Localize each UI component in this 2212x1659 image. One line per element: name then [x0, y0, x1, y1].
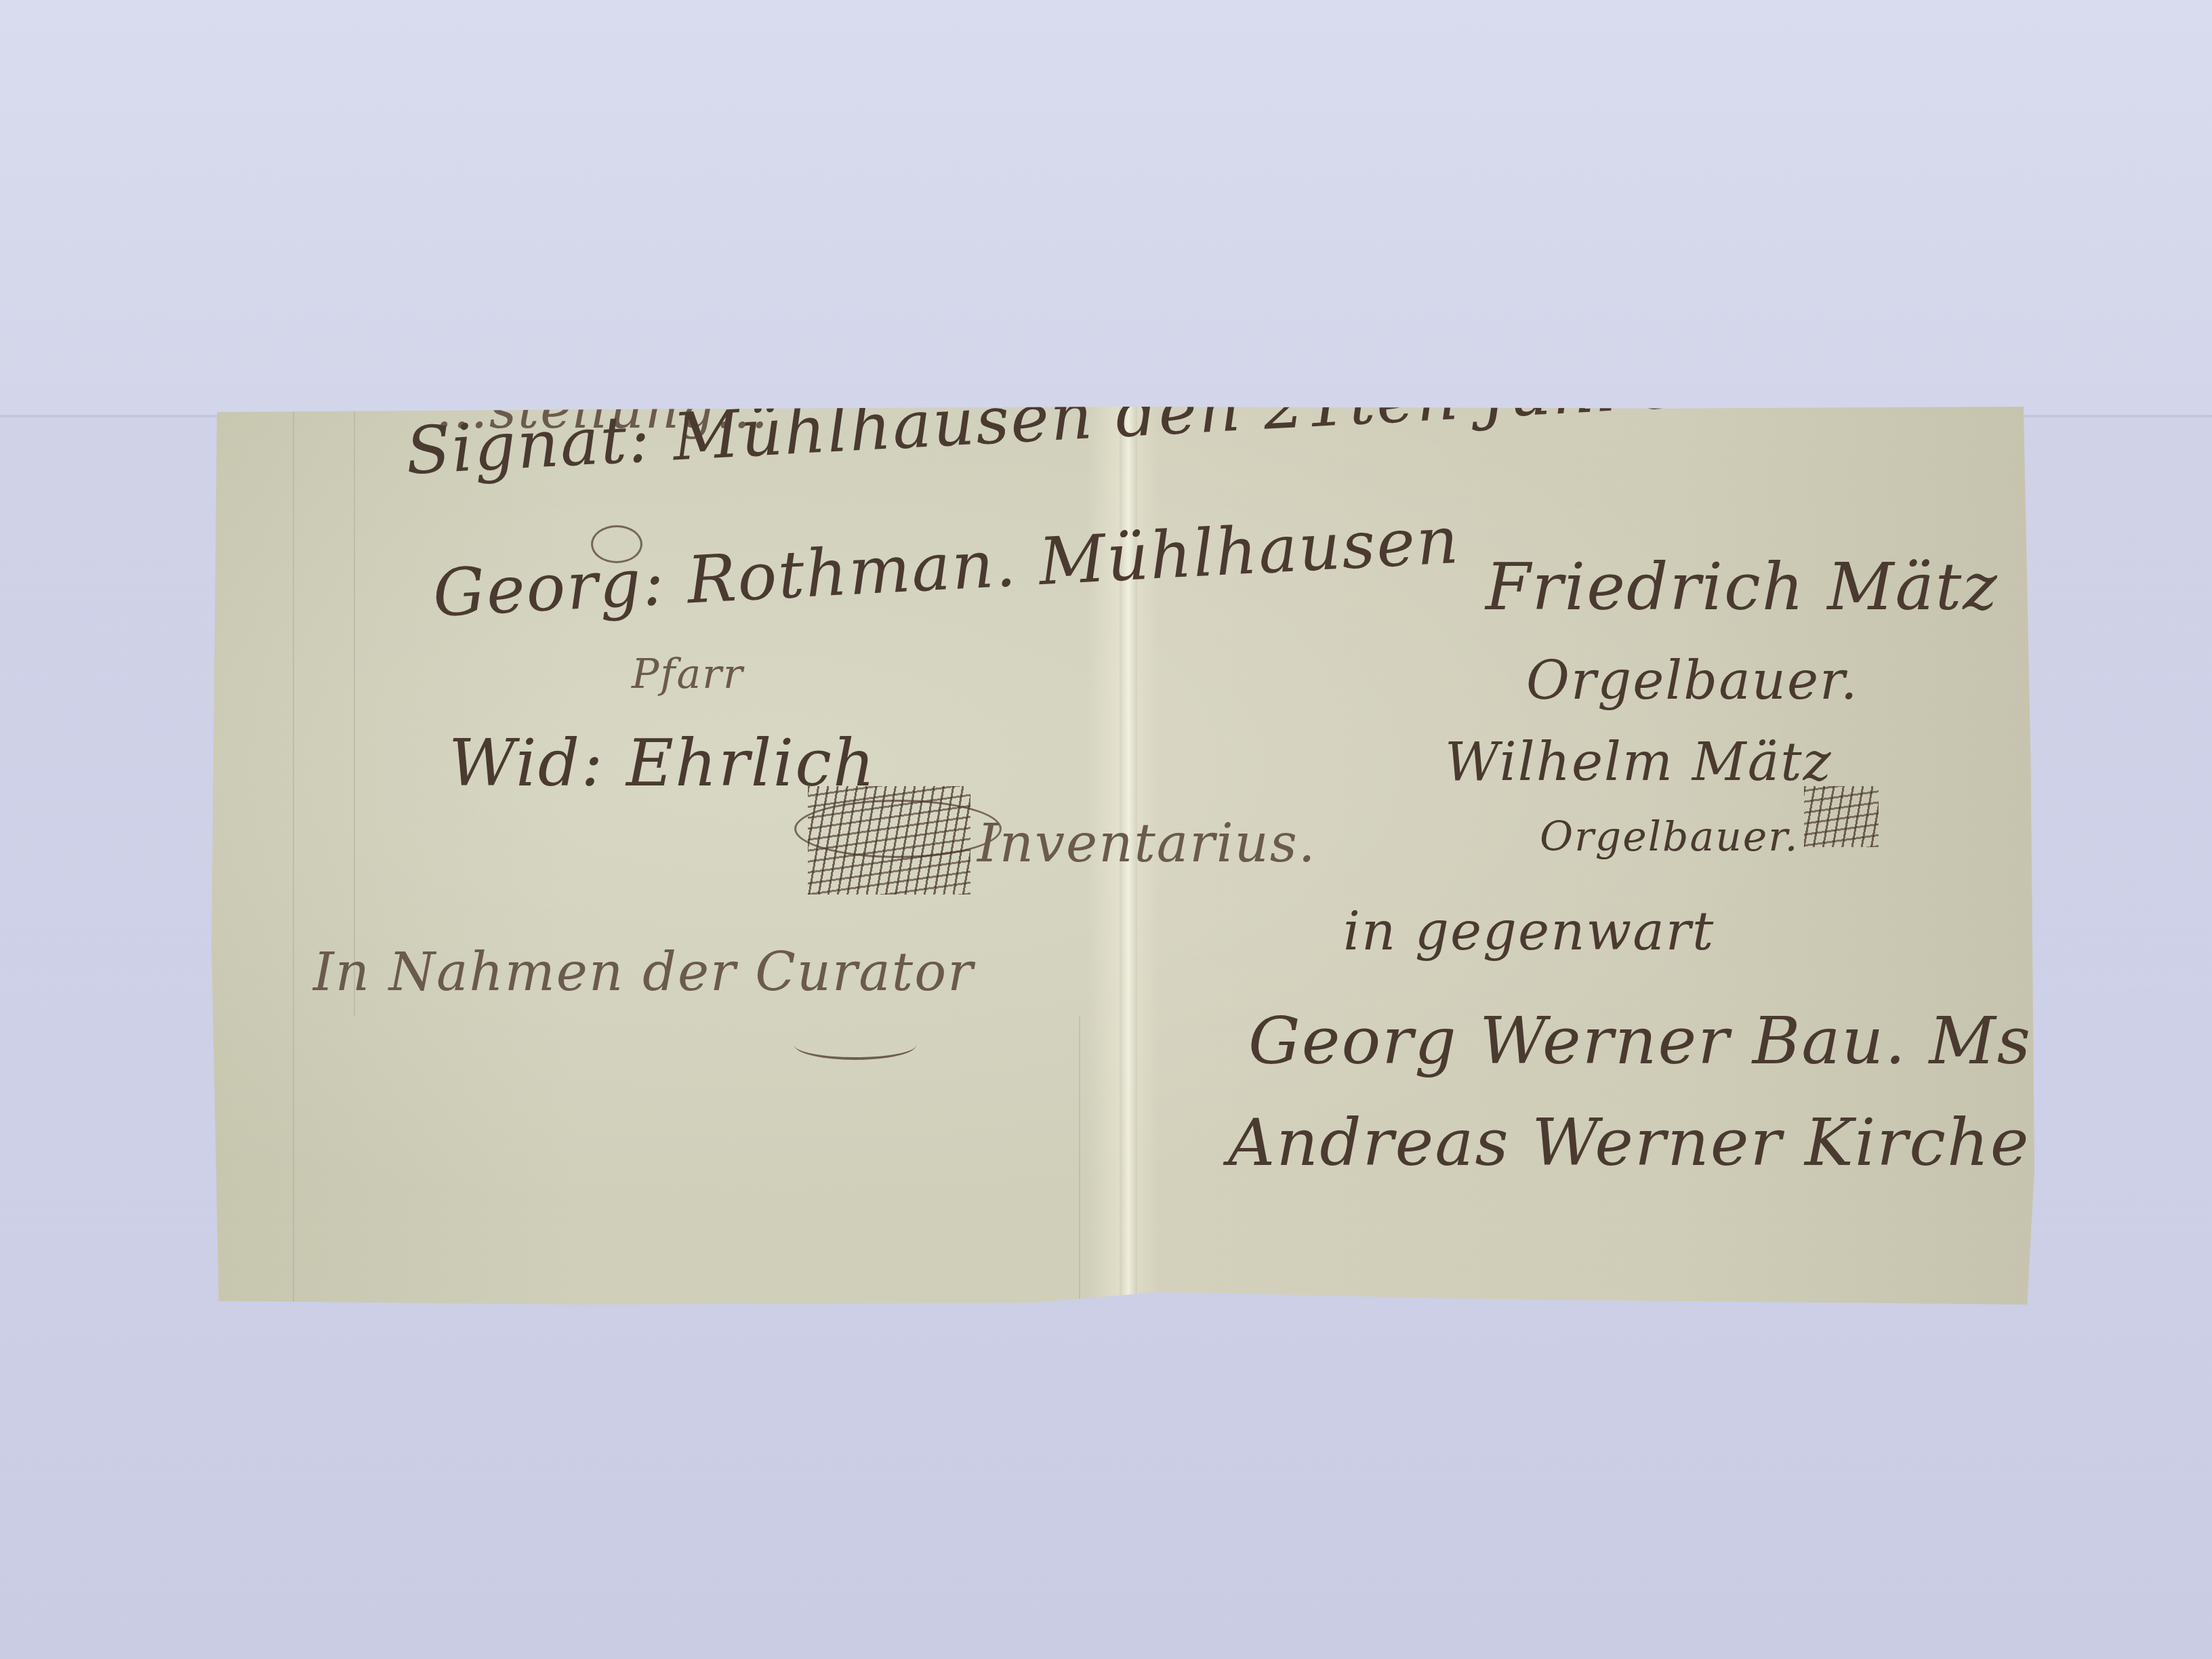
wilhelm-signature: Wilhelm Mätz	[1445, 732, 1832, 793]
inventar-word: Inventarius.	[977, 813, 1317, 874]
wilhelm-title: Orgelbauer.	[1540, 813, 1799, 861]
georg-werner-signature: Georg Werner Bau. Mstr.	[1248, 1003, 2106, 1079]
gegenwart-line: in gegenwart	[1343, 901, 1715, 962]
friedrich-title: Orgelbauer.	[1526, 651, 1859, 712]
witwe-annotation: Pfarr	[632, 651, 744, 698]
paper-crease	[293, 407, 294, 1305]
rothman-signature: Georg: Rothman. Mühlhausen	[431, 502, 1461, 632]
paper-crease	[1079, 1017, 1080, 1301]
background-top	[0, 0, 2212, 420]
curator-line: In Nahmen der Curator	[313, 942, 974, 1003]
cross-mark	[1804, 786, 1879, 847]
friedrich-signature: Friedrich Mätz	[1486, 549, 1999, 625]
document-paper: …stellung… Signat: Mühlhausen den 21ten …	[211, 407, 2034, 1305]
scribble-loop	[794, 800, 1002, 858]
paper-crease	[354, 407, 355, 1017]
flourish-underline	[794, 1030, 916, 1060]
